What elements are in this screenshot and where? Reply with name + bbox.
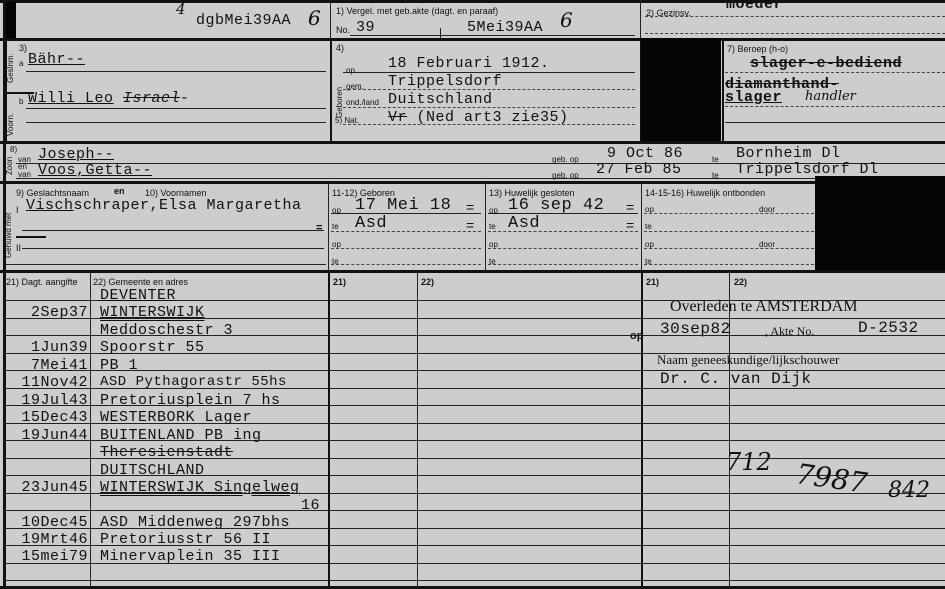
side-label-zoon: Zoon bbox=[5, 157, 14, 175]
spouse-te-label: te bbox=[332, 222, 339, 231]
col3-address-header: 22) bbox=[734, 277, 747, 287]
divider bbox=[722, 38, 724, 142]
rule bbox=[331, 213, 481, 214]
rule bbox=[488, 264, 638, 265]
row-address: 16 bbox=[100, 497, 320, 514]
corner-mark: 4 bbox=[176, 0, 186, 18]
mother-name: Voos,Getta-- bbox=[38, 162, 152, 179]
redaction-box bbox=[641, 38, 721, 142]
father-name: Joseph-- bbox=[38, 146, 114, 163]
row-date: 15mei79 bbox=[4, 548, 88, 565]
row-date: 1Jun39 bbox=[4, 339, 88, 356]
col2-date-header: 21) bbox=[333, 277, 346, 287]
rule bbox=[26, 122, 326, 123]
father-te-label: te bbox=[712, 155, 719, 164]
rule bbox=[644, 213, 814, 214]
date-header: 21) Dagt. aangifte bbox=[6, 277, 78, 287]
row-address: WINTERSWIJK Singelweg bbox=[100, 479, 300, 496]
divider bbox=[485, 182, 486, 270]
handwritten-number: 712 bbox=[726, 448, 772, 476]
row-date: 2Sep37 bbox=[4, 304, 88, 321]
row-date: 7Mei41 bbox=[4, 357, 88, 374]
en-label: en bbox=[114, 186, 125, 196]
rule bbox=[343, 107, 635, 108]
rule bbox=[343, 124, 635, 125]
rule bbox=[6, 264, 326, 265]
card-code-handwritten: 6 bbox=[308, 6, 321, 30]
akte-label: , Akte No. bbox=[765, 324, 814, 339]
rule bbox=[26, 108, 326, 109]
doctor-name: Dr. C. van Dijk bbox=[660, 370, 812, 388]
married-te-label: te bbox=[489, 222, 496, 231]
gezinsv-value: moeder bbox=[726, 0, 783, 13]
divider bbox=[641, 272, 643, 589]
rule bbox=[488, 231, 638, 232]
divider bbox=[640, 0, 641, 38]
father-birth-place: Bornheim Dl bbox=[736, 145, 841, 162]
rule bbox=[331, 231, 481, 232]
field-8-label: 8) bbox=[10, 145, 17, 154]
divider bbox=[328, 272, 330, 589]
rule bbox=[645, 16, 945, 17]
row-address: Meddoschestr 3 bbox=[100, 322, 233, 339]
spouse-name: Vischschraper,Elsa Margaretha bbox=[26, 197, 302, 214]
rule bbox=[343, 89, 635, 90]
section-border bbox=[0, 270, 945, 273]
side-label-gehuwd: Gehuwd met bbox=[4, 213, 13, 258]
rule bbox=[645, 33, 945, 34]
father-birth-date: 9 Oct 86 bbox=[607, 145, 683, 162]
row-address-struck: Theresienstadt bbox=[100, 444, 233, 461]
death-op-label: op bbox=[630, 330, 643, 342]
mother-birth-date: 27 Feb 85 bbox=[596, 161, 682, 178]
birth-place: Trippelsdorf bbox=[388, 73, 502, 90]
row-address: WESTERBORK Lager bbox=[100, 409, 252, 426]
rule bbox=[16, 178, 945, 179]
dissolved-label: 14-15-16) Huwelijk ontbonden bbox=[645, 188, 765, 198]
verge-label: 1) Vergel. met geb.akte (dagt. en paraaf… bbox=[336, 6, 498, 16]
birth-country: Duitschland bbox=[388, 91, 493, 108]
birth-date: 18 Februari 1912. bbox=[388, 55, 550, 72]
rule bbox=[331, 248, 481, 249]
death-date: 30sep82 bbox=[660, 320, 731, 338]
binder-mark bbox=[6, 2, 16, 38]
divider bbox=[328, 182, 329, 270]
father-geb-op-label: geb. op bbox=[552, 155, 579, 164]
akte-number: D-2532 bbox=[858, 319, 919, 337]
occupation-struck-1: slager-e-bediend bbox=[750, 55, 902, 72]
row-date: 23Jun45 bbox=[4, 479, 88, 496]
row-date: 19Jul43 bbox=[4, 392, 88, 409]
section-border bbox=[0, 141, 945, 144]
struck-name: Israel bbox=[123, 90, 180, 107]
verge-handwritten: 6 bbox=[560, 8, 573, 32]
divider bbox=[417, 272, 418, 589]
field-4-label: 4) bbox=[336, 43, 344, 53]
row-address: Spoorstr 55 bbox=[100, 339, 205, 356]
side-label-surname: Geslnm. bbox=[6, 53, 15, 83]
rule bbox=[26, 71, 326, 72]
divider bbox=[641, 182, 642, 270]
redaction-box bbox=[815, 176, 945, 270]
occupation: slager bbox=[725, 89, 782, 106]
rule bbox=[488, 248, 638, 249]
rule bbox=[331, 264, 481, 265]
section-border bbox=[0, 38, 945, 41]
equals-mark: = bbox=[316, 222, 322, 234]
row-address: DEVENTER bbox=[100, 287, 176, 304]
land-label: ond./land bbox=[346, 98, 379, 107]
te-label: te bbox=[645, 222, 652, 231]
section-border bbox=[0, 181, 945, 184]
divider bbox=[90, 272, 91, 589]
top-border bbox=[0, 0, 945, 3]
col3-date-header: 21) bbox=[646, 277, 659, 287]
row-address: WINTERSWIJK bbox=[100, 304, 205, 321]
row-date: 11Nov42 bbox=[4, 374, 88, 391]
row-address: Pretoriusstr 56 II bbox=[100, 531, 271, 548]
no-label: No. bbox=[336, 25, 350, 35]
rule bbox=[22, 248, 324, 249]
handwritten-number: 842 bbox=[888, 478, 930, 503]
first-names: Willi Leo Israel- bbox=[28, 90, 190, 107]
rule bbox=[725, 106, 945, 107]
row-address: Pretoriusplein 7 hs bbox=[100, 392, 281, 409]
op-label: op bbox=[346, 66, 355, 75]
spouse-struck: Visch bbox=[26, 197, 74, 214]
row-date: 19Mrt46 bbox=[4, 531, 88, 548]
side-label-firstnames: Voorn. bbox=[6, 113, 15, 136]
row-address: BUITENLAND PB ing bbox=[100, 427, 262, 444]
col2-address-header: 22) bbox=[421, 277, 434, 287]
row-date: 10Dec45 bbox=[4, 514, 88, 531]
rule bbox=[644, 231, 814, 232]
doctor-label: Naam geneeskundige/lijkschouwer bbox=[657, 352, 839, 368]
address-header: 22) Gemeente en adres bbox=[93, 277, 188, 287]
rule bbox=[725, 72, 945, 73]
rule bbox=[725, 122, 945, 123]
field-3-label: 3) bbox=[19, 43, 27, 53]
surname: Bähr-- bbox=[28, 51, 85, 68]
row-address: ASD Middenweg 297bhs bbox=[100, 514, 290, 531]
row-address: PB 1 bbox=[100, 357, 138, 374]
b-marker: b bbox=[19, 97, 23, 106]
no-value: 39 bbox=[356, 19, 375, 36]
rule bbox=[644, 248, 814, 249]
side-label-geboren: Geboren bbox=[335, 87, 344, 118]
card-code: dgbMei39AA bbox=[196, 12, 291, 29]
row-address: Minervaplein 35 III bbox=[100, 548, 281, 565]
row-address: ASD Pythagorastr 55hs bbox=[100, 374, 287, 390]
divider bbox=[330, 40, 332, 142]
underline-mark bbox=[16, 236, 46, 238]
occupation-handwritten: handler bbox=[805, 89, 856, 104]
verge-value: 5Mei39AA bbox=[467, 19, 543, 36]
row-date: 15Dec43 bbox=[4, 409, 88, 426]
row-date: 19Jun44 bbox=[4, 427, 88, 444]
died-text: Overleden te AMSTERDAM bbox=[670, 298, 858, 316]
marker-ii: II bbox=[16, 243, 21, 253]
rule bbox=[644, 264, 814, 265]
persoonskaart-card: 4 dgbMei39AA 6 1) Vergel. met geb.akte (… bbox=[0, 0, 945, 589]
a-marker: a bbox=[19, 59, 23, 68]
row-address: DUITSCHLAND bbox=[100, 462, 205, 479]
rule bbox=[22, 230, 324, 231]
marker-i: I bbox=[16, 205, 19, 215]
occupation-label: 7) Beroep (h-o) bbox=[727, 44, 788, 54]
